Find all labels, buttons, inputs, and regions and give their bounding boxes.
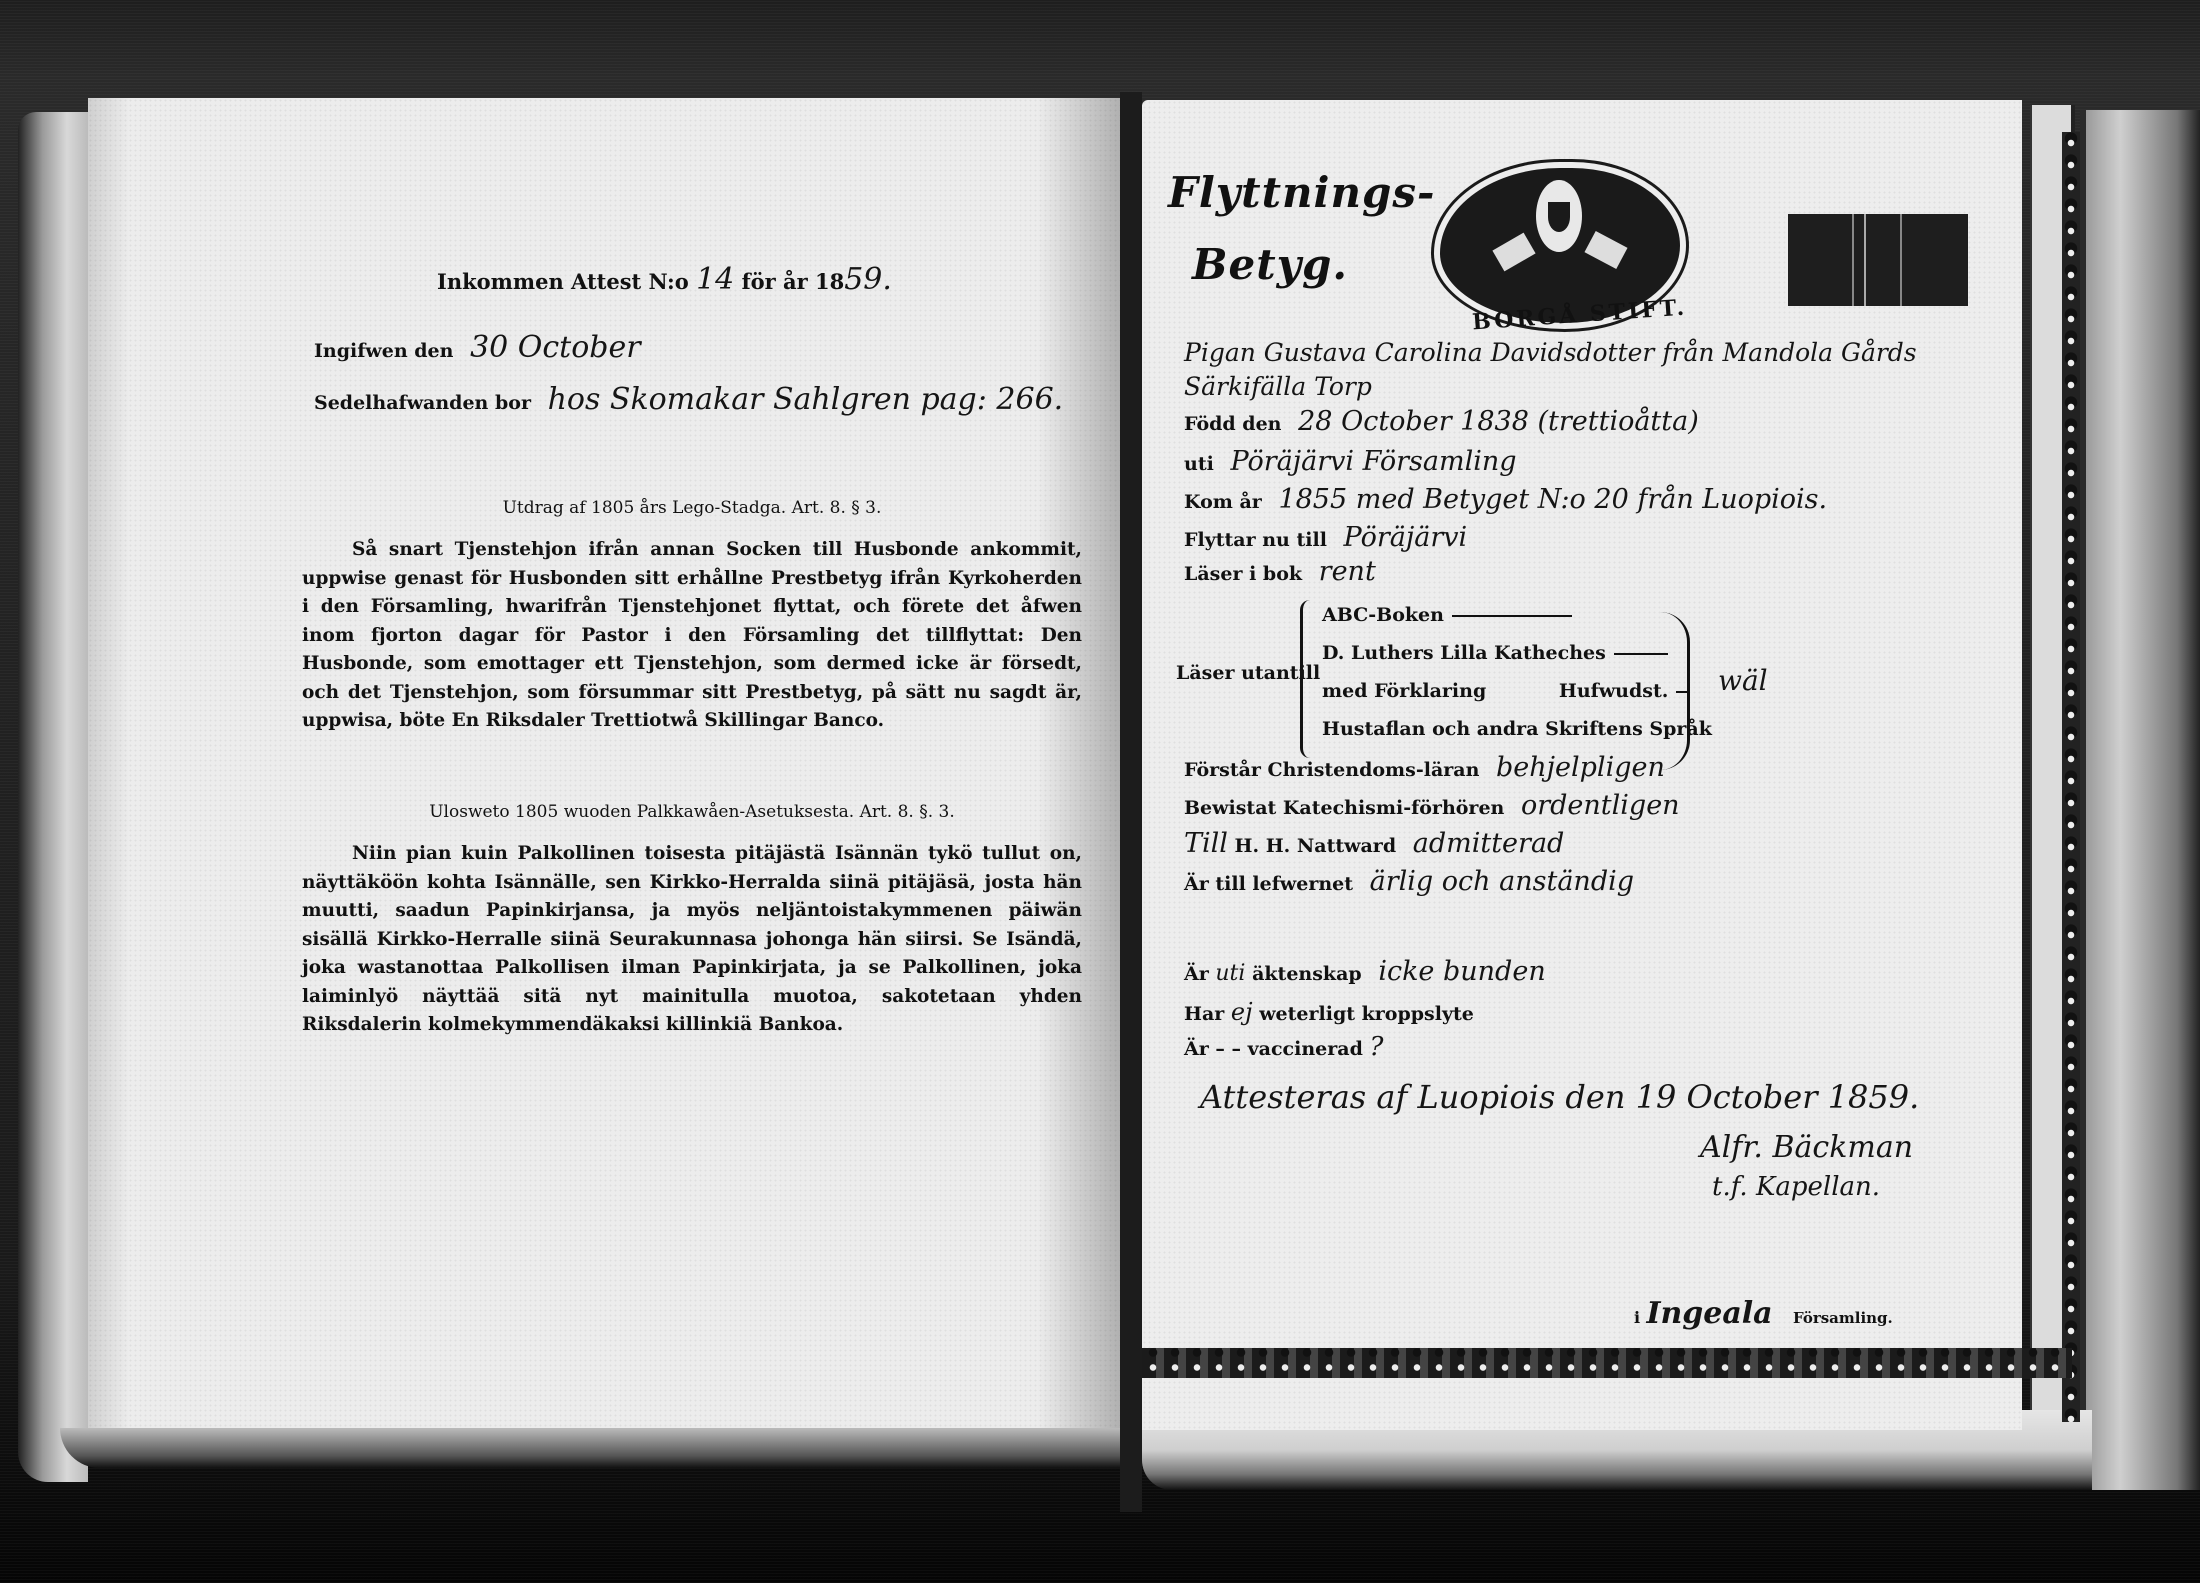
moving-value: Pöräjärvi (1344, 522, 1468, 553)
communion-value: admitterad (1413, 828, 1565, 859)
marriage-prefix: uti (1215, 961, 1245, 986)
communion-prefix: Till (1184, 828, 1228, 859)
born-row: Född den 28 October 1838 (trettioåtta) (1184, 406, 1699, 437)
attestation-line: Attesteras af Luopiois den 19 October 18… (1200, 1078, 1919, 1116)
residence-value: hos Skomakar Sahlgren pag: 266. (548, 382, 1064, 417)
person-line-2: Särkifälla Torp (1184, 372, 1372, 401)
person-line-1: Pigan Gustava Carolina Davidsdotter från… (1184, 338, 1917, 367)
right-brace (1650, 612, 1690, 770)
vaccination-label-a: Är (1184, 1038, 1209, 1060)
signature-title: t.f. Kapellan. (1712, 1172, 1880, 1202)
understands-label: Förstår Christendoms-läran (1184, 759, 1479, 781)
conduct-label: Är till lefwernet (1184, 873, 1353, 895)
reads-item-2: med Förklaring Hufwudst. (1322, 680, 1690, 702)
destination-label: Församling. (1793, 1309, 1893, 1327)
vaccination-blank: – – (1215, 1038, 1241, 1060)
certificate-title-line-1: Flyttnings- (1168, 168, 1435, 217)
finnish-paragraph: Niin pian kuin Palkollinen toisesta pitä… (302, 840, 1082, 1040)
vaccination-row: Är – – vaccinerad ? (1184, 1032, 1383, 1062)
moving-label: Flyttar nu till (1184, 529, 1327, 551)
finnish-heading: Ulosweto 1805 wuoden Palkkawåen-Asetukse… (302, 802, 1082, 822)
attended-row: Bewistat Katechismi-förhören ordentligen (1184, 790, 1680, 821)
signature-name: Alfr. Bäckman (1700, 1130, 1913, 1165)
marriage-label-b: äktenskap (1252, 963, 1362, 985)
illness-label-b: weterligt kroppslyte (1259, 1003, 1474, 1025)
conduct-row: Är till lefwernet ärlig och anständig (1184, 866, 1634, 897)
received-label: Ingifwen den (314, 340, 453, 362)
reads-item-label: ABC-Boken (1322, 604, 1444, 626)
ornamental-border-vertical (2062, 132, 2080, 1422)
attest-label: Inkommen Attest N:o (437, 269, 689, 294)
attest-header: Inkommen Attest N:o 14 för år 1859. (437, 262, 892, 297)
attest-number: 14 (696, 262, 734, 297)
swedish-paragraph: Så snart Tjenstehjon ifrån annan Socken … (302, 536, 1082, 736)
arrived-value: 1855 med Betyget N:o 20 från Luopiois. (1278, 484, 1827, 515)
reads-item-1: D. Luthers Lilla Katheches (1322, 642, 1668, 664)
left-page-underside (60, 1428, 1130, 1468)
chalice-icon (1548, 202, 1570, 232)
marriage-label-a: Är (1184, 963, 1209, 985)
reads-by-heart-result: wäl (1718, 664, 1768, 697)
left-page (88, 98, 1120, 1428)
parish-label: uti (1184, 453, 1214, 475)
attended-value: ordentligen (1521, 790, 1680, 821)
communion-label: H. H. Nattward (1235, 835, 1397, 857)
arrived-row: Kom år 1855 med Betyget N:o 20 från Luop… (1184, 484, 1827, 515)
destination-value: Ingeala (1646, 1296, 1772, 1331)
swedish-heading: Utdrag af 1805 års Lego-Stadga. Art. 8. … (302, 498, 1082, 518)
understands-value: behjelpligen (1496, 752, 1665, 783)
illness-value: ej (1231, 998, 1253, 1026)
moving-row: Flyttar nu till Pöräjärvi (1184, 522, 1467, 553)
illness-label-a: Har (1184, 1003, 1224, 1025)
received-value: 30 October (470, 330, 641, 365)
attest-year-label: för år 18 (742, 269, 845, 294)
residence-label: Sedelhafwanden bor (314, 392, 531, 414)
book-icon (1584, 231, 1627, 269)
stamp-redaction-block (1788, 214, 1968, 306)
born-label: Född den (1184, 413, 1282, 435)
attended-label: Bewistat Katechismi-förhören (1184, 797, 1504, 819)
vaccination-value: ? (1369, 1032, 1383, 1062)
left-brace (1300, 600, 1312, 758)
left-page-edge (18, 112, 88, 1482)
received-row: Ingifwen den 30 October (314, 330, 641, 365)
destination-prefix: i (1634, 1308, 1640, 1327)
marriage-value: icke bunden (1378, 956, 1545, 987)
parish-row: uti Pöräjärvi Församling (1184, 446, 1517, 477)
right-page-edge (2080, 110, 2200, 1490)
vaccination-label-b: vaccinerad (1248, 1038, 1363, 1060)
reads-book-row: Läser i bok rent (1184, 556, 1376, 587)
illness-row: Har ej weterligt kroppslyte (1184, 998, 1474, 1026)
residence-row: Sedelhafwanden bor hos Skomakar Sahlgren… (314, 382, 1063, 417)
born-value: 28 October 1838 (trettioåtta) (1298, 406, 1699, 437)
destination-row: i Ingeala Församling. (1634, 1296, 1893, 1331)
reads-by-heart-label: Läser utantill (1176, 662, 1320, 684)
reads-item-label: D. Luthers Lilla Katheches (1322, 642, 1606, 664)
book-icon (1492, 233, 1535, 272)
reads-item-label: med Förklaring (1322, 680, 1486, 702)
parish-value: Pöräjärvi Församling (1230, 446, 1516, 477)
reads-book-label: Läser i bok (1184, 563, 1302, 585)
reads-item-0: ABC-Boken (1322, 604, 1572, 626)
conduct-value: ärlig och anständig (1370, 866, 1634, 897)
dash-line (1452, 615, 1572, 617)
book-gutter (1120, 92, 1142, 1512)
marriage-row: Är uti äktenskap icke bunden (1184, 956, 1546, 987)
certificate-title-line-2: Betyg. (1192, 240, 1348, 289)
ornamental-border-horizontal (1142, 1348, 2072, 1378)
communion-row: Till H. H. Nattward admitterad (1184, 828, 1564, 859)
arrived-label: Kom år (1184, 491, 1262, 513)
reads-book-value: rent (1319, 556, 1376, 587)
attest-year-suffix: 59. (844, 262, 892, 297)
understands-row: Förstår Christendoms-läran behjelpligen (1184, 752, 1665, 783)
